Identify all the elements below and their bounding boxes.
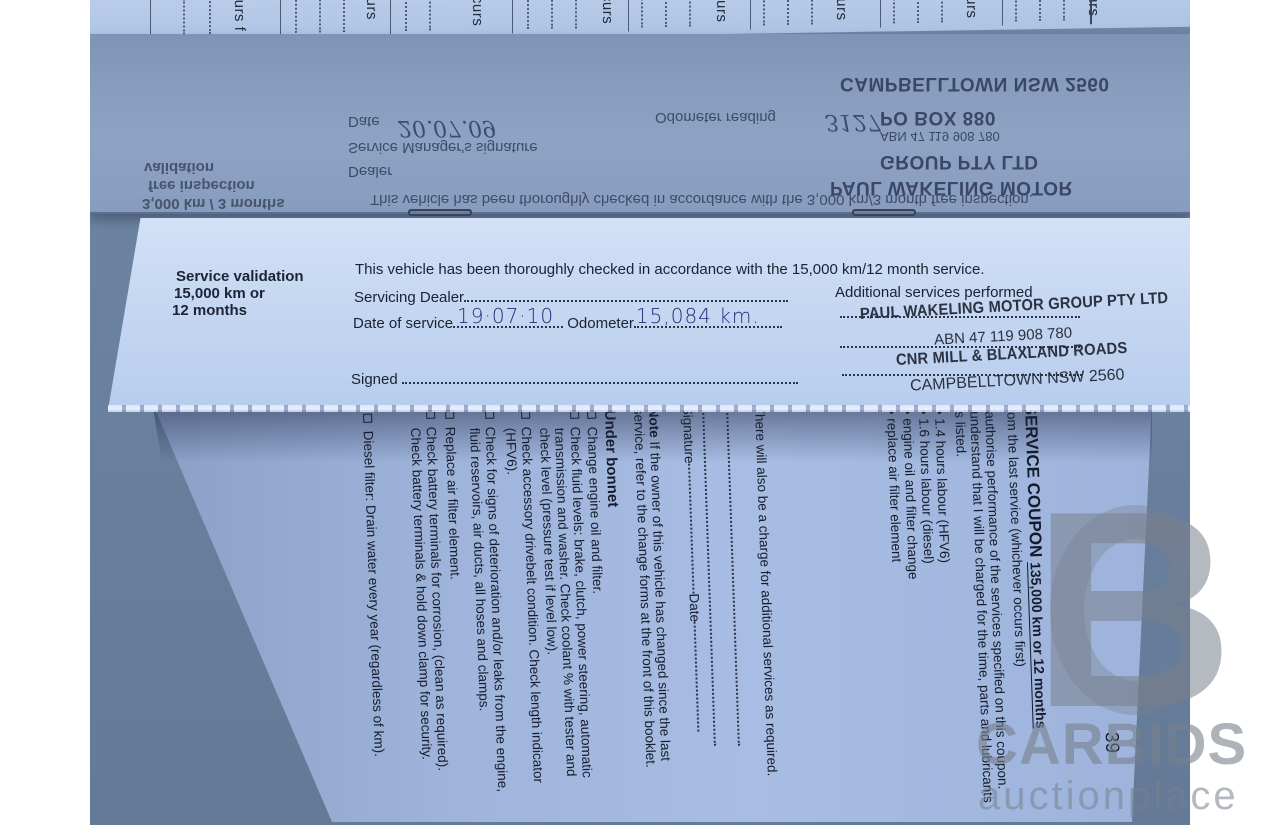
inspection-heading: free inspection — [148, 177, 255, 194]
dealer-stamp-line: PAUL WAKELING MOTOR — [830, 176, 1073, 198]
previous-inspection-page: 3,000 km / 3 months free inspection vali… — [90, 34, 1190, 214]
service-validation-coupon: Service validation 15,000 km or 12 month… — [108, 218, 1190, 410]
validation-heading: Service validation — [176, 268, 304, 285]
date-of-service-field[interactable]: 19·07·10 — [453, 316, 563, 328]
validation-statement: This vehicle has been thoroughly checked… — [355, 261, 985, 278]
inspection-date-value: 20.07.09 — [398, 115, 496, 140]
date-odometer-row: Date of service19·07·10 Odometer15,084 k… — [353, 315, 782, 332]
strip-column: S — [1090, 0, 1190, 24]
dealer-stamp-line: PO BOX 880 — [880, 106, 996, 128]
inspection-heading: validation — [144, 159, 214, 176]
dealer-stamp-line: GROUP PTY LTD — [880, 150, 1039, 172]
dealer-stamp-line: CAMPBELLTOWN NSW 2560 — [910, 366, 1125, 395]
staple — [852, 209, 916, 216]
manager-signature-label: Service Manager's signature — [348, 139, 538, 156]
signed-field[interactable]: Signed — [351, 371, 798, 388]
dealer-stamp-line: CAMPBELLTOWN NSW 2560 — [840, 72, 1110, 94]
date-label: Date — [348, 113, 380, 130]
odometer-field[interactable]: 15,084 km. — [634, 316, 782, 328]
odometer-reading-value: 3127 — [825, 109, 881, 134]
inspection-heading: 3,000 km / 3 months — [142, 195, 285, 212]
odometer-label: Odometer — [567, 315, 634, 332]
strip-text: curs — [833, 0, 850, 21]
strip-text: urs — [363, 0, 380, 20]
odometer-label: Odometer reading — [655, 109, 776, 126]
watermark-tagline: auctionplace — [978, 776, 1239, 816]
dealer-stamp-line: ABN 47 119 908 780 — [880, 129, 1000, 144]
strip-text: curs — [599, 0, 616, 24]
date-of-service-label: Date of service — [353, 315, 453, 332]
validation-heading: 12 months — [172, 302, 247, 319]
strip-text: curs — [469, 0, 486, 26]
date-of-service-value: 19·07·10 — [457, 304, 554, 328]
watermark-brand: CARBIDS — [976, 716, 1247, 774]
perforated-edge — [108, 405, 1190, 412]
dealer-label: Dealer — [348, 163, 392, 180]
strip-text: curs — [713, 0, 730, 23]
service-booklet-photo: urs f urs curs curs curs curs curs curs — [90, 0, 1190, 825]
odometer-value: 15,084 km. — [636, 304, 760, 328]
strip-text: curs — [963, 0, 980, 19]
validation-heading: 15,000 km or — [174, 285, 265, 302]
staple — [408, 209, 472, 216]
strip-text: urs f — [231, 0, 248, 31]
watermark-logo-b: B — [1032, 500, 1254, 720]
